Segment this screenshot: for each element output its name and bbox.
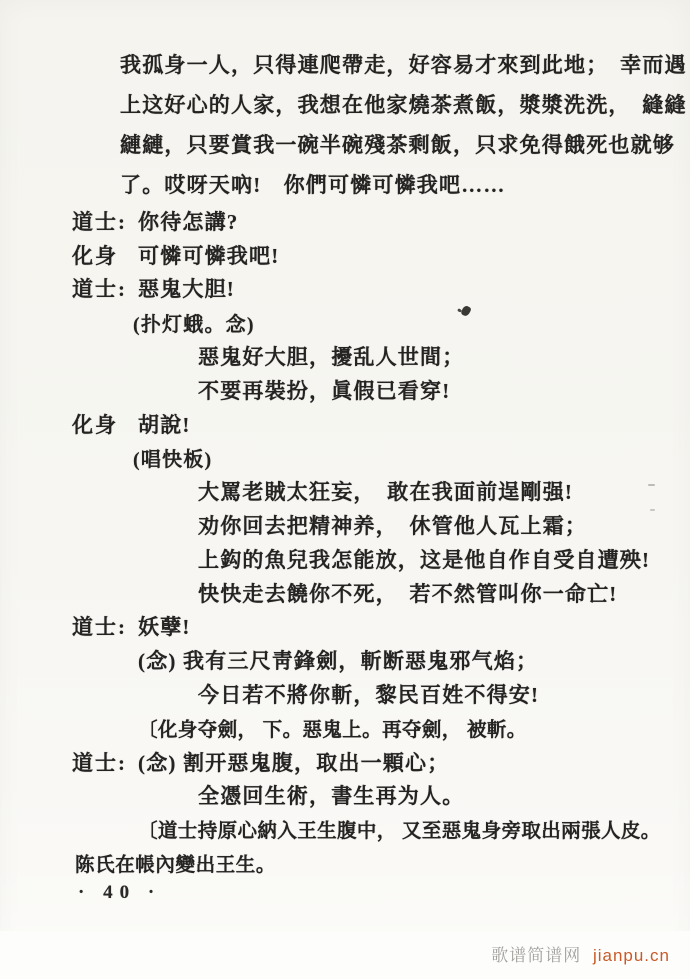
line-text: 〔化身夺劍， 下。惡鬼上。再夺劍， 被斬。 bbox=[138, 714, 527, 742]
line-text: (念) 我有三尺靑鋒劍，斬断惡鬼邪气焰； bbox=[138, 645, 538, 675]
line-text: 劝你回去把精神养， 休管他人瓦上霜； bbox=[198, 510, 587, 540]
line-text: 上鈎的魚兒我怎能放，这是他自作自受自遭殃! bbox=[198, 544, 650, 574]
speaker-label: 化身 bbox=[72, 409, 118, 439]
line-text: 上这好心的人家，我想在他家燒茶煮飯，漿漿洗洗， 縫縫 bbox=[120, 89, 687, 119]
watermark: 歌谱简谱网 jianpu.cn bbox=[491, 941, 670, 966]
script-line: 陈氏在帳內變出王生。 bbox=[0, 846, 690, 880]
script-line: 縺縺，只要賞我一碗半碗殘茶剩飯，只求免得餓死也就够 bbox=[0, 124, 690, 164]
line-text: (扑灯蛾。念) bbox=[133, 308, 255, 337]
watermark-site-url: jianpu.cn bbox=[593, 946, 670, 965]
script-line: 惡鬼好大胆，擾乱人世間； bbox=[0, 339, 690, 373]
script-line: 〔道士持原心納入王生腹中， 又至惡鬼身旁取出兩張人皮。 bbox=[0, 812, 690, 846]
line-text: 今日若不將你斬，黎民百姓不得安! bbox=[198, 679, 539, 709]
line-text: 全憑回生術，書生再为人。 bbox=[198, 780, 464, 810]
line-text: 胡說! bbox=[138, 409, 191, 439]
speaker-label: 道士: bbox=[72, 206, 127, 236]
page-number: · 40 · bbox=[78, 882, 161, 904]
line-text: 妖孽! bbox=[138, 611, 191, 641]
script-line: (扑灯蛾。念) bbox=[0, 305, 690, 339]
line-text: 縺縺，只要賞我一碗半碗殘茶剩飯，只求免得餓死也就够 bbox=[120, 129, 675, 159]
line-text: 了。哎呀天吶! 你們可憐可憐我吧…… bbox=[120, 169, 506, 199]
script-line: 上这好心的人家，我想在他家燒茶煮飯，漿漿洗洗， 縫縫 bbox=[0, 84, 690, 124]
script-line: 今日若不將你斬，黎民百姓不得安! bbox=[0, 677, 690, 711]
dialog-line: 道士:你待怎講? bbox=[0, 204, 690, 238]
script-line: 快快走去饒你不死， 若不然管叫你一命亡! bbox=[0, 576, 690, 610]
dialog-line: 道士:(念) 割开惡鬼腹，取出一顆心； bbox=[0, 745, 690, 779]
ink-speck bbox=[648, 484, 655, 486]
script-line: 了。哎呀天吶! 你們可憐可憐我吧…… bbox=[0, 164, 690, 204]
script-line: (念) 我有三尺靑鋒劍，斬断惡鬼邪气焰； bbox=[0, 643, 690, 677]
speaker-label: 化身 bbox=[72, 240, 118, 270]
script-line: 〔化身夺劍， 下。惡鬼上。再夺劍， 被斬。 bbox=[0, 711, 690, 745]
ink-speck bbox=[650, 509, 655, 511]
script-line: 我孤身一人，只得連爬帶走，好容易才來到此地； 幸而遇 bbox=[0, 44, 690, 84]
line-text: 快快走去饒你不死， 若不然管叫你一命亡! bbox=[198, 578, 618, 608]
scanned-page: 我孤身一人，只得連爬帶走，好容易才來到此地； 幸而遇上这好心的人家，我想在他家燒… bbox=[0, 0, 690, 979]
dialog-line: 化身可憐可憐我吧! bbox=[0, 238, 690, 272]
script-line: 劝你回去把精神养， 休管他人瓦上霜； bbox=[0, 508, 690, 542]
line-text: 你待怎講? bbox=[138, 206, 239, 236]
line-text: (唱快板) bbox=[133, 443, 212, 472]
dialog-line: 道士:妖孽! bbox=[0, 610, 690, 644]
line-text: 惡鬼好大胆，擾乱人世間； bbox=[198, 341, 464, 371]
speaker-label: 道士: bbox=[72, 747, 127, 777]
dialog-line: 化身胡說! bbox=[0, 407, 690, 441]
script-line: (唱快板) bbox=[0, 441, 690, 475]
line-text: 〔道士持原心納入王生腹中， 又至惡鬼身旁取出兩張人皮。 bbox=[138, 815, 661, 843]
speaker-label: 道士: bbox=[72, 611, 127, 641]
script-line: 上鈎的魚兒我怎能放，这是他自作自受自遭殃! bbox=[0, 542, 690, 576]
line-text: 不要再裝扮，眞假已看穿! bbox=[198, 375, 450, 405]
line-text: (念) 割开惡鬼腹，取出一顆心； bbox=[138, 747, 449, 777]
line-text: 大罵老賊太狂妄， 敢在我面前逞剛强! bbox=[198, 476, 573, 506]
script-line: 不要再裝扮，眞假已看穿! bbox=[0, 373, 690, 407]
watermark-site-name: 歌谱简谱网 bbox=[491, 946, 581, 965]
line-text: 可憐可憐我吧! bbox=[138, 240, 279, 270]
line-text: 惡鬼大胆! bbox=[138, 273, 235, 303]
line-text: 我孤身一人，只得連爬帶走，好容易才來到此地； 幸而遇 bbox=[120, 49, 687, 79]
script-text: 我孤身一人，只得連爬帶走，好容易才來到此地； 幸而遇上这好心的人家，我想在他家燒… bbox=[0, 0, 690, 979]
speaker-label: 道士: bbox=[72, 273, 127, 303]
dialog-line: 道士:惡鬼大胆! bbox=[0, 272, 690, 306]
script-line: 全憑回生術，書生再为人。 bbox=[0, 779, 690, 813]
line-text: 陈氏在帳內變出王生。 bbox=[75, 849, 276, 877]
script-line: 大罵老賊太狂妄， 敢在我面前逞剛强! bbox=[0, 474, 690, 508]
